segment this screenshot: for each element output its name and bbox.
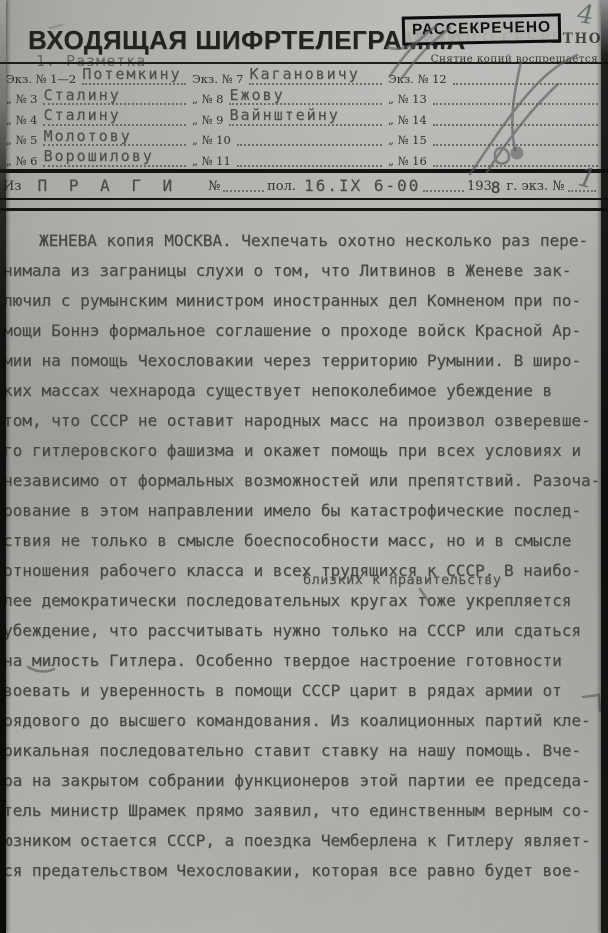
distribution-row: „ № 3Сталину „ № 8Ежову „ № 13 xyxy=(4,88,602,109)
recipient-name: Ежову xyxy=(229,87,284,104)
body-line: ких массах чехнарода существует непоколе… xyxy=(3,376,604,406)
body-line: тель министр Шрамек прямо заявил, что ед… xyxy=(3,796,604,826)
copy-number-label: „ № 15 xyxy=(386,133,427,149)
copy-number-label: „ № 14 xyxy=(386,113,427,129)
copy-number-label: „ № 3 xyxy=(4,92,37,108)
distribution-row: Экз. № 1—2Потемкину Экз. № 7Кагановичу Э… xyxy=(4,67,602,88)
body-line: юзником остается СССР, а поездка Чемберл… xyxy=(3,826,604,856)
body-line: ствия не только в смысле боеспособности … xyxy=(3,526,604,556)
telegram-body: ЖЕНЕВА копия МОСКВА. Чехпечать охотно не… xyxy=(3,226,604,886)
body-line: лючил с румынским министром иностранных … xyxy=(3,286,604,316)
year-copy-label: г. экз. № xyxy=(506,179,564,196)
copy-number-label: „ № 16 xyxy=(386,154,427,170)
body-line: ЖЕНЕВА копия МОСКВА. Чехпечать охотно не… xyxy=(3,226,604,256)
body-line: на милость Гитлера. Особенно твердое нас… xyxy=(3,646,604,676)
distribution-row: „ № 6Ворошилову „ № 11 „ № 16 xyxy=(4,149,602,170)
body-line: ся предательством Чехословакии, которая … xyxy=(3,856,604,886)
body-line: рование в этом направлении имело бы ката… xyxy=(3,496,604,526)
header-rule xyxy=(0,62,608,64)
distribution-row: „ № 4Сталину „ № 9Вайнштейну „ № 14 xyxy=(4,108,602,129)
copy-number-label: „ № 5 xyxy=(4,133,37,149)
origin-bottom-double-rule xyxy=(0,198,608,211)
distribution-list: Экз. № 1—2Потемкину Экз. № 7Кагановичу Э… xyxy=(4,67,602,170)
recipient-name: Ворошилову xyxy=(43,148,153,165)
origin-line: Из П Р А Г И № пол. 16.IX 6-00 1938 г. э… xyxy=(3,173,599,196)
recipient-name: Потемкину xyxy=(82,66,181,83)
scan-left-edge xyxy=(0,0,6,933)
recipient-name: Сталину xyxy=(43,107,120,124)
body-line: нимала из заграницы слухи о том, что Лит… xyxy=(3,256,604,286)
body-line: независимо от формальных возможностей ил… xyxy=(3,466,604,496)
scan-right-edge xyxy=(601,0,608,933)
declassified-stamp: РАССЕКРЕЧЕНО xyxy=(402,13,562,45)
number-sign: № xyxy=(208,179,220,196)
copy-number-label: „ № 9 xyxy=(190,113,223,129)
recipient-name: Кагановичу xyxy=(249,66,359,83)
body-line: го гитлеровского фашизма и окажет помощь… xyxy=(3,436,604,466)
copy-number-label: Экз. № 12 xyxy=(386,72,447,88)
dotted-leader xyxy=(423,190,464,192)
body-line: лее демократически последовательных круг… xyxy=(3,586,604,616)
body-line: мии на помощь Чехословакии через террито… xyxy=(3,346,604,376)
body-line: воевать и уверенность в помощи СССР цари… xyxy=(3,676,604,706)
dotted-leader xyxy=(223,190,264,192)
year-digit: 8 xyxy=(491,178,501,198)
copy-number-label: „ № 6 xyxy=(4,154,37,170)
body-line: том, что СССР не оставит народных масс н… xyxy=(3,406,604,436)
body-line: убеждение, что рассчитывать нужно только… xyxy=(3,616,604,646)
received-label: пол. xyxy=(267,179,296,196)
body-line: мощи Боннэ формальное соглашение о прохо… xyxy=(3,316,604,346)
copy-number-label: „ № 11 xyxy=(190,154,231,170)
year-prefix: 193 xyxy=(467,179,492,196)
body-line: рикальная последовательно ставит ставку … xyxy=(3,736,604,766)
copy-number-label: „ № 4 xyxy=(4,113,37,129)
recipient-name: Вайнштейну xyxy=(229,107,339,124)
interline-insertion: близких к правительству xyxy=(303,572,501,588)
copy-number-label: „ № 10 xyxy=(190,133,231,149)
distribution-row: „ № 5Молотову „ № 10 „ № 15 xyxy=(4,129,602,150)
body-line: ра на закрытом собрании функционеров это… xyxy=(3,766,604,796)
origin-city: П Р А Г И xyxy=(37,176,178,196)
copy-number-label: „ № 8 xyxy=(190,92,223,108)
recipient-name: Сталину xyxy=(43,87,120,104)
body-line: рядового до высшего командования. Из коа… xyxy=(3,706,604,736)
recipient-name: Молотову xyxy=(43,128,131,145)
received-datetime: 16.IX 6-00 xyxy=(304,176,420,196)
handwritten-page-number: 4 xyxy=(574,0,598,31)
copy-number-label: „ № 13 xyxy=(386,92,427,108)
telegram-scan-page: ВХОДЯЩАЯ ШИФРТЕЛЕГРАММА 1. Разметка СТРО… xyxy=(0,0,608,933)
